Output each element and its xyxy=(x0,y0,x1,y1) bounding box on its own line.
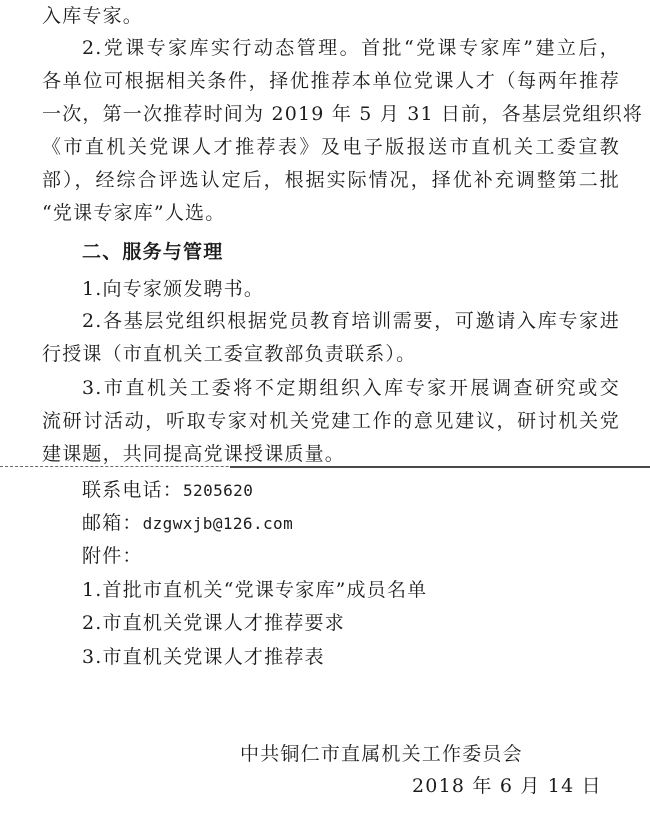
body-line: 一次，第一次推荐时间为 2019 年 5 月 31 日前，各基层党组织将 xyxy=(42,102,620,126)
contact-email: 邮箱：dzgwxjb@126.com xyxy=(82,511,293,536)
service-line: 建课题，共同提高党课授课质量。 xyxy=(42,442,345,466)
service-line: 流研讨活动，听取专家对机关党建工作的意见建议，研讨机关党 xyxy=(42,409,620,433)
body-line: “党课专家库”人选。 xyxy=(42,201,225,225)
attachment-item: 3.市直机关党课人才推荐表 xyxy=(82,645,325,669)
signature-organization: 中共铜仁市直属机关工作委员会 xyxy=(240,742,523,766)
phone-label: 联系电话： xyxy=(82,479,183,501)
attachment-item: 2.市直机关党课人才推荐要求 xyxy=(82,611,345,635)
service-line: 2.各基层党组织根据党员教育培训需要，可邀请入库专家进 xyxy=(82,309,620,333)
email-value: dzgwxjb@126.com xyxy=(143,514,294,533)
attachment-item: 1.首批市直机关“党课专家库”成员名单 xyxy=(82,578,427,602)
page-divider xyxy=(0,466,650,467)
email-label: 邮箱： xyxy=(82,512,143,534)
body-line: 各单位可根据相关条件，择优推荐本单位党课人才（每两年推荐 xyxy=(42,69,620,93)
phone-value: 5205620 xyxy=(183,481,253,500)
body-line: 入库专家。 xyxy=(42,4,143,28)
body-line: 《市直机关党课人才推荐表》及电子版报送市直机关工委宣教 xyxy=(42,135,620,159)
service-line: 3.市直机关工委将不定期组织入库专家开展调查研究或交 xyxy=(82,376,620,400)
signature-date: 2018 年 6 月 14 日 xyxy=(412,774,602,798)
service-line: 行授课（市直机关工委宣教部负责联系）。 xyxy=(42,342,416,366)
attachments-label: 附件： xyxy=(82,544,143,568)
body-line: 部），经综合评选认定后，根据实际情况，择优补充调整第二批 xyxy=(42,168,620,192)
service-line: 1.向专家颁发聘书。 xyxy=(82,277,264,301)
contact-phone: 联系电话：5205620 xyxy=(82,478,253,503)
section-heading: 二、服务与管理 xyxy=(82,240,223,264)
body-line: 2.党课专家库实行动态管理。首批“党课专家库”建立后， xyxy=(82,36,620,60)
